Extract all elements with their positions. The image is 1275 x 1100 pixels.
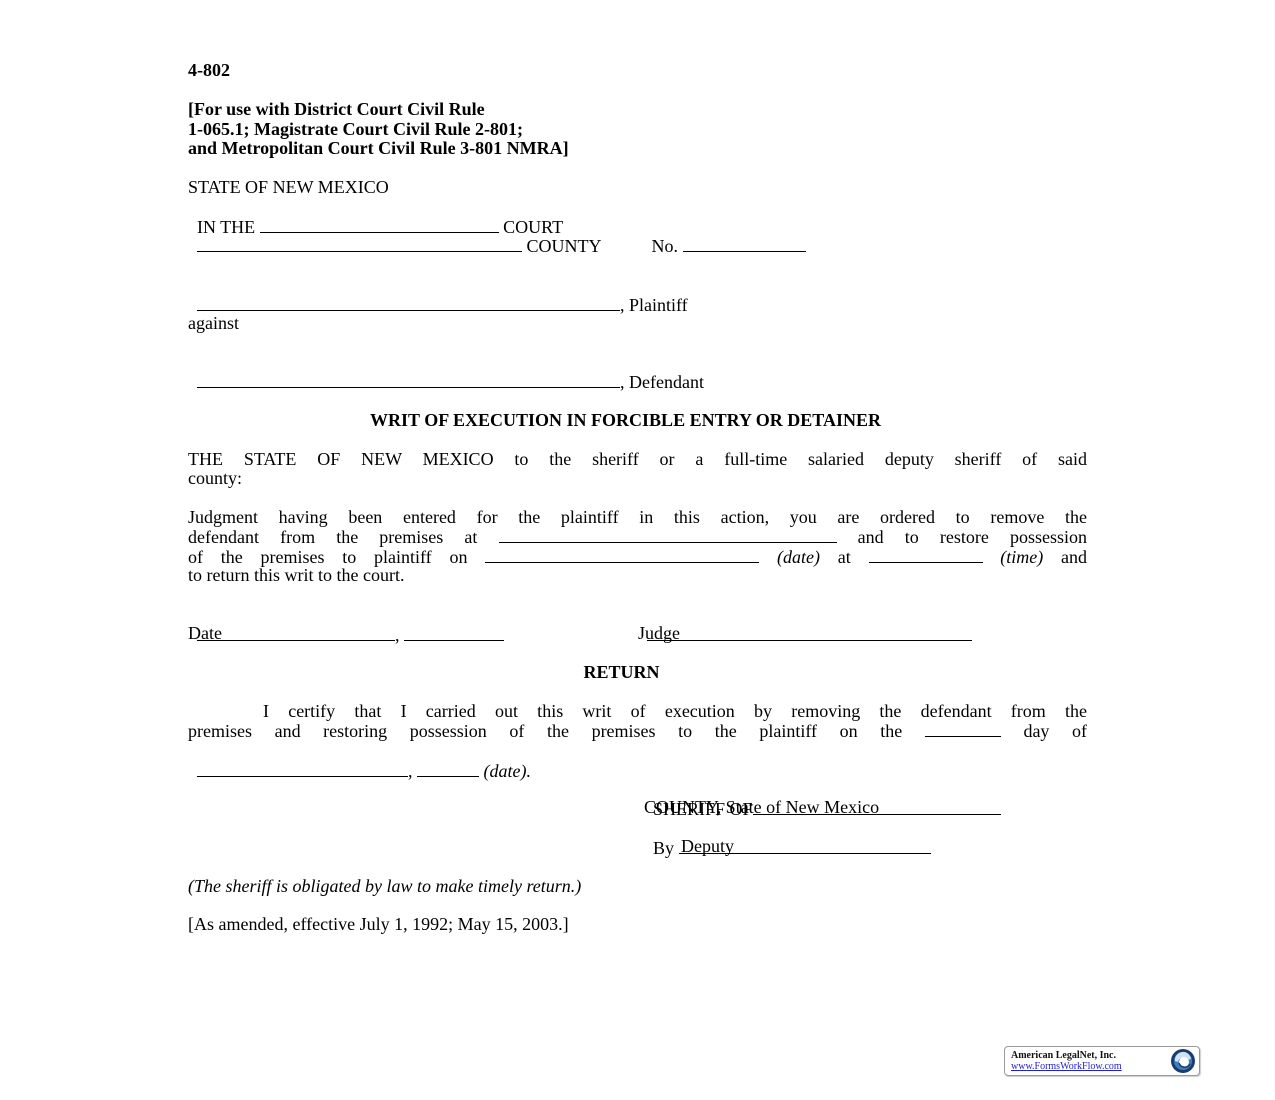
deputy-label: Deputy: [681, 837, 734, 857]
return-line-2: premises and restoring possession of the…: [188, 721, 1087, 742]
date-hint: (date): [777, 547, 820, 567]
caption-county-line: COUNTYNo.: [188, 216, 806, 256]
signature-year-field[interactable]: [404, 625, 504, 641]
day-of-text: day of: [1023, 721, 1087, 741]
return-heading: RETURN: [172, 663, 1071, 683]
by-label: By: [653, 838, 674, 858]
amendment-note: [As amended, effective July 1, 1992; May…: [188, 915, 569, 935]
rule-reference-line-1: [For use with District Court Civil Rule: [188, 100, 485, 120]
at-text: at: [838, 547, 851, 567]
return-line-3: , (date).: [188, 741, 531, 781]
signature-date-line: ,: [188, 605, 504, 645]
premises-address-field[interactable]: [499, 527, 837, 543]
return-year-field[interactable]: [417, 761, 479, 777]
return-date-hint: (date).: [484, 761, 531, 781]
plaintiff-name-field[interactable]: [197, 295, 620, 311]
order-line-2: defendant from the premises at and to re…: [188, 527, 1087, 548]
return-day-field[interactable]: [925, 721, 1001, 737]
return-month-field[interactable]: [197, 761, 408, 777]
plaintiff-label: , Plaintiff: [620, 295, 688, 315]
plaintiff-line: , Plaintiff: [188, 275, 688, 315]
county-name-field[interactable]: [197, 236, 522, 252]
return-line-1: I certify that I carried out this writ o…: [263, 702, 1087, 722]
caption-state: STATE OF NEW MEXICO: [188, 178, 389, 198]
date-label: Date: [188, 624, 222, 644]
rule-reference-line-3: and Metropolitan Court Civil Rule 3-801 …: [188, 139, 569, 159]
order-restore-text: and to restore possession: [858, 527, 1087, 547]
restore-time-field[interactable]: [869, 547, 983, 563]
order-line-1: Judgment having been entered for the pla…: [188, 508, 1087, 528]
return-text: premises and restoring possession of the…: [188, 721, 902, 741]
signature-date-field[interactable]: [197, 625, 395, 641]
judge-signature-line: [638, 605, 972, 645]
form-number: 4-802: [188, 61, 230, 81]
judge-label: Judge: [638, 624, 680, 644]
order-on-text: of the premises to plaintiff on: [188, 547, 467, 567]
return-notice: (The sheriff is obligated by law to make…: [188, 877, 581, 897]
restore-date-field[interactable]: [485, 547, 759, 563]
order-line-4: to return this writ to the court.: [188, 566, 404, 586]
badge-url-link[interactable]: www.FormsWorkFlow.com: [1011, 1061, 1122, 1072]
time-hint: (time): [1000, 547, 1043, 567]
globe-logo-icon: [1170, 1048, 1196, 1074]
address-line-2: county:: [188, 469, 242, 489]
sheriff-county-label: COUNTY, State of New Mexico: [644, 798, 879, 818]
american-legalnet-badge[interactable]: American LegalNet, Inc. www.FormsWorkFlo…: [1004, 1046, 1200, 1076]
defendant-line: , Defendant: [188, 352, 704, 392]
document-title: WRIT OF EXECUTION IN FORCIBLE ENTRY OR D…: [176, 411, 1075, 431]
case-number-field[interactable]: [683, 236, 806, 252]
county-label: COUNTY: [527, 236, 602, 256]
address-line-1: THE STATE OF NEW MEXICO to the sheriff o…: [188, 450, 1087, 470]
rule-reference-line-2: 1-065.1; Magistrate Court Civil Rule 2-8…: [188, 120, 523, 140]
defendant-label: , Defendant: [620, 372, 704, 392]
defendant-name-field[interactable]: [197, 372, 620, 388]
badge-company: American LegalNet, Inc.: [1011, 1050, 1116, 1061]
case-number-label: No.: [652, 236, 679, 256]
order-premises-text: defendant from the premises at: [188, 527, 477, 547]
against-label: against: [188, 314, 239, 334]
and-text: and: [1061, 547, 1087, 567]
judge-signature-field[interactable]: [647, 625, 972, 641]
